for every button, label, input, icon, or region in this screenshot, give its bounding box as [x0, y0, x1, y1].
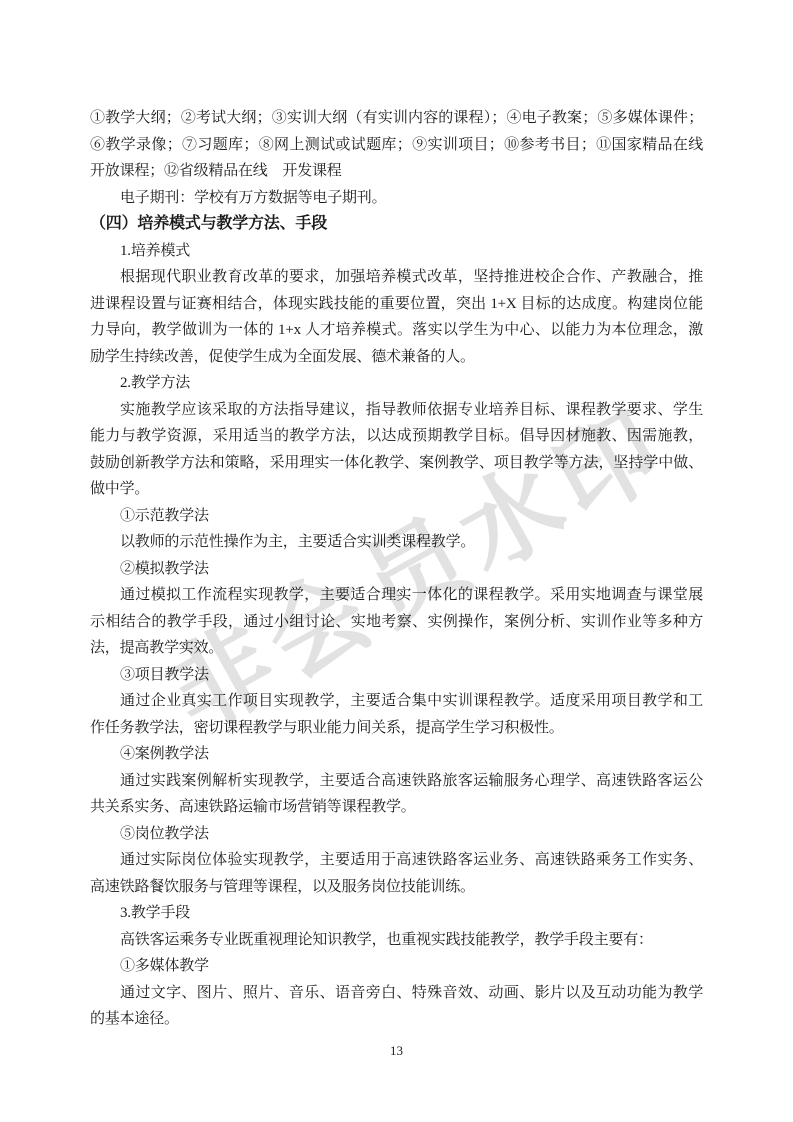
list-item-title: ①示范教学法: [90, 503, 703, 530]
list-item-title: ①多媒体教学: [90, 953, 703, 980]
text-line: 电子期刊：学校有万方数据等电子期刊。: [90, 185, 703, 212]
text-line: 力导向，教学做训为一体的 1+x 人才培养模式。落实以学生为中心、以能力为本位理…: [90, 317, 703, 344]
page-number: 13: [0, 1043, 793, 1059]
text-line: 通过企业真实工作项目实现教学，主要适合集中实训课程教学。适度采用项目教学和工: [90, 688, 703, 715]
text-line: 通过文字、图片、照片、音乐、语音旁白、特殊音效、动画、影片以及互动功能为教学: [90, 980, 703, 1007]
text-line: 鼓励创新教学方法和策略，采用理实一体化教学、案例教学、项目教学等方法，坚持学中做…: [90, 450, 703, 477]
text-line: 实施教学应该采取的方法指导建议，指导教师依据专业培养目标、课程教学要求、学生: [90, 397, 703, 424]
text-line: 以教师的示范性操作为主，主要适合实训类课程教学。: [90, 529, 703, 556]
text-line: 进课程设置与证赛相结合，体现实践技能的重要位置，突出 1+X 目标的达成度。构建…: [90, 291, 703, 318]
text-line: 开放课程；⑫省级精品在线 开发课程: [90, 158, 703, 185]
text-line: 高铁客运乘务专业既重视理论知识教学，也重视实践技能教学，教学手段主要有：: [90, 927, 703, 954]
text-line: 高速铁路餐饮服务与管理等课程，以及服务岗位技能训练。: [90, 874, 703, 901]
text-line: 做中学。: [90, 476, 703, 503]
text-line: ①教学大纲；②考试大纲；③实训大纲（有实训内容的课程）；④电子教案；⑤多媒体课件…: [90, 105, 703, 132]
text-line: 通过模拟工作流程实现教学，主要适合理实一体化的课程教学。采用实地调查与课堂展: [90, 582, 703, 609]
document-page: 非会员水印 ①教学大纲；②考试大纲；③实训大纲（有实训内容的课程）；④电子教案；…: [0, 0, 793, 1122]
text-line: 根据现代职业教育改革的要求，加强培养模式改革，坚持推进校企合作、产教融合，推: [90, 264, 703, 291]
list-item-title: ④案例教学法: [90, 741, 703, 768]
text-line: 法，提高教学实效。: [90, 635, 703, 662]
text-line: 通过实际岗位体验实现教学，主要适用于高速铁路客运业务、高速铁路乘务工作实务、: [90, 847, 703, 874]
text-line: 的基本途径。: [90, 1006, 703, 1033]
list-item-title: ②模拟教学法: [90, 556, 703, 583]
text-line: 作任务教学法，密切课程教学与职业能力间关系，提高学生学习积极性。: [90, 715, 703, 742]
text-line: 示相结合的教学手段，通过小组讨论、实地考察、实例操作，案例分析、实训作业等多种方: [90, 609, 703, 636]
section-heading: （四）培养模式与教学方法、手段: [90, 211, 703, 238]
text-line: 励学生持续改善，促使学生成为全面发展、德术兼备的人。: [90, 344, 703, 371]
text-line: ⑥教学录像；⑦习题库；⑧网上测试或试题库；⑨实训项目；⑩参考书目；⑪国家精品在线: [90, 132, 703, 159]
subsection-title: 3.教学手段: [90, 900, 703, 927]
subsection-title: 2.教学方法: [90, 370, 703, 397]
text-line: 能力与教学资源，采用适当的教学方法，以达成预期教学目标。倡导因材施教、因需施教，: [90, 423, 703, 450]
list-item-title: ③项目教学法: [90, 662, 703, 689]
document-body: ①教学大纲；②考试大纲；③实训大纲（有实训内容的课程）；④电子教案；⑤多媒体课件…: [0, 0, 793, 1033]
subsection-title: 1.培养模式: [90, 238, 703, 265]
list-item-title: ⑤岗位教学法: [90, 821, 703, 848]
text-line: 通过实践案例解析实现教学，主要适合高速铁路旅客运输服务心理学、高速铁路客运公: [90, 768, 703, 795]
text-line: 共关系实务、高速铁路运输市场营销等课程教学。: [90, 794, 703, 821]
